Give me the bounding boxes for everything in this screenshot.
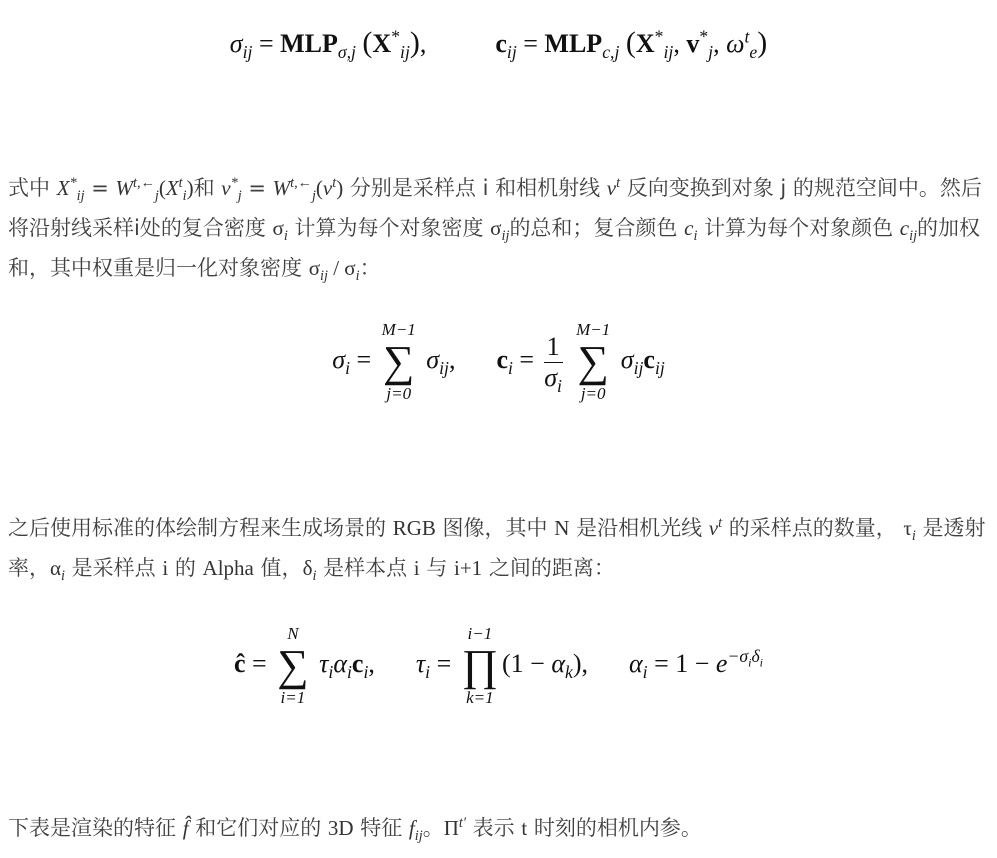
exp-sigma: −σ [727,646,748,666]
eq1-comma: , [420,29,427,58]
product-operator: i−1 ∏ k=1 [462,624,498,708]
eq1-equals: = [259,29,274,58]
sum-symbol: ∑ [577,340,608,384]
exp-delta: δ [751,646,759,666]
c: c [352,649,364,678]
sum-operator-3: N ∑ i=1 [277,624,308,708]
math-sigma: σ [273,216,284,240]
fraction-denominator: σi [544,363,562,393]
math-sup: * [231,175,238,191]
math-sup: t,← [290,175,312,191]
text: 的总和；复合颜色 [509,216,684,240]
text: = [85,176,116,200]
text: 下表是渲染的特征 [8,816,183,840]
eq1-arg2-sub: j [708,42,713,62]
exponent: −σiδi [727,646,763,666]
math-v: v [709,516,718,540]
math-c: c [900,216,909,240]
text: 和 [194,176,222,200]
math-sub: ij [320,268,328,284]
eq2-term2-sub: ij [655,358,665,378]
eq1-c-sub: ij [507,42,517,62]
eq1-arg-sup: * [391,26,400,46]
sum-lower: j=0 [386,384,411,404]
sum-symbol: ∑ [383,340,414,384]
math-sigma: σ [309,256,320,280]
text: 表示 [466,816,521,840]
text: ) [187,176,194,200]
text: 是采样点 [65,556,162,580]
text: 是沿相机光线 [569,516,708,540]
sum-lower: i=1 [281,688,306,708]
tau: τ [416,649,425,678]
den-sub: i [557,376,562,396]
text: = [242,176,273,200]
math-sigma: σ [344,256,355,280]
text: 式中 [8,176,57,200]
text: 的采样点的数量， [722,516,903,540]
paren-open: (1 − [502,649,551,678]
text: 是样本点 [316,556,413,580]
sum-operator-2: M−1 ∑ j=0 [576,320,610,404]
text: 计算为每个对象密度 [288,216,490,240]
math-w: W [116,176,134,200]
paragraph-volume-rendering: 之后使用标准的体绘制方程来生成场景的 RGB 图像，其中 N 是沿相机光线 vt… [8,508,993,588]
math-pi: Π [444,816,459,840]
text-i-plus-1: i+1 [454,556,482,580]
eq1-arg-sub: ij [400,42,410,62]
eq1-arg-x: X [372,29,391,58]
e: e [716,649,728,678]
math-x: X [57,176,70,200]
one-minus: 1 − [675,649,716,678]
eq2-term1: σ [621,345,634,374]
text: 分别是采样点 i 和相机射线 [343,176,607,200]
text: ： [360,256,381,280]
equals: = [654,649,669,678]
math-alpha: α [50,556,61,580]
math-sub: ij [77,188,85,204]
sum-symbol: ∑ [277,644,308,688]
eq2-c: c [496,345,508,374]
prod-lower: k=1 [466,688,494,708]
text: 时刻的相机内参。 [527,816,702,840]
eq1-mlp-2-sub: c,j [602,42,619,62]
math-delta: δ [303,556,313,580]
den-sigma: σ [544,363,557,392]
alpha: α [333,649,347,678]
eq1-sigma: σ [230,29,243,58]
equation-composite-sum: σi = M−1 ∑ j=0 σij, ci = 1 σi M−1 ∑ j=0 … [0,320,997,404]
eq2-equals-2: = [519,345,534,374]
eq2-term: σ [426,345,439,374]
text: 之后使用标准的体绘制方程来生成场景的 [8,516,393,540]
sub: i [643,662,648,682]
eq1-mlp-2: MLP [544,29,602,58]
text: 。 [423,816,444,840]
text: ( [316,176,323,200]
equation-volume-rendering: ĉ = N ∑ i=1 τiαici, τi = i−1 ∏ k=1 (1 − … [0,624,997,708]
text: 之间的距离： [482,556,615,580]
text-alpha: Alpha [203,556,254,580]
paragraph-features: 下表是渲染的特征 f̂ 和它们对应的 3D 特征 fij。Πt′ 表示 t 时刻… [8,808,993,848]
eq1-equals-2: = [523,29,538,58]
paren-close: ) [573,649,582,678]
fraction-numerator: 1 [544,332,563,363]
math-w: W [273,176,291,200]
eq2-sigma: σ [332,345,345,374]
eq2-sigma-sub: i [345,358,350,378]
math-sub: ij [909,228,917,244]
math-sup: t′ [459,815,466,831]
text: 值， [254,556,303,580]
math-v: v [607,176,616,200]
eq3-equals: = [252,649,267,678]
sub: i [425,662,430,682]
eq2-c-sub: i [508,358,513,378]
sum-operator: M−1 ∑ j=0 [382,320,416,404]
eq1-arg3: ω [726,29,744,58]
eq2-comma: , [449,345,456,374]
math-v: v [323,176,332,200]
text: 图像，其中 [436,516,554,540]
text: 和它们对应的 [189,816,328,840]
text: ( [159,176,166,200]
alpha: α [551,649,565,678]
eq1-arg2: v [686,29,699,58]
math-tau: τ [903,516,911,540]
fraction: 1 σi [544,332,563,393]
tau: τ [319,649,328,678]
eq1-arg1-sub: ij [663,42,673,62]
equation-mlp: σij = MLPσ,j (X*ij), cij = MLPc,j (X*ij,… [0,26,997,60]
math-v: v [221,176,230,200]
sub: i [760,656,763,670]
math-sup: t,← [133,175,155,191]
text-rgb: RGB [393,516,436,540]
eq2-term2: c [643,345,655,374]
eq1-mlp-sub: σ,j [338,42,356,62]
text-3d: 3D [328,816,354,840]
text: 与 [420,556,454,580]
eq2-equals: = [356,345,371,374]
text-n: N [554,516,569,540]
math-sigma: σ [490,216,501,240]
eq3-c-hat: ĉ [234,649,246,678]
math-x: X [166,176,179,200]
eq1-sigma-sub: ij [243,42,253,62]
comma: , [368,649,375,678]
comma: , [582,649,589,678]
eq1-c: c [495,29,507,58]
text: 特征 [354,816,409,840]
eq1-mlp: MLP [280,29,338,58]
eq2-term1-sub: ij [634,358,644,378]
eq1-arg1: X [636,29,655,58]
eq1-arg2-sup: * [699,26,708,46]
text: 的 [168,556,202,580]
sum-lower: j=0 [581,384,606,404]
sub: k [565,662,573,682]
paragraph-composite-density: 式中 X*ij = Wt,←j(Xti)和 v*j = Wt,←j(vt) 分别… [8,168,993,288]
eq2-term-sub: ij [439,358,449,378]
equals: = [437,649,452,678]
math-sup: * [70,175,77,191]
math-sub: ij [415,828,423,844]
alpha: α [629,649,643,678]
text: / [328,256,344,280]
prod-symbol: ∏ [462,644,498,688]
text: 计算为每个对象颜色 [697,216,899,240]
